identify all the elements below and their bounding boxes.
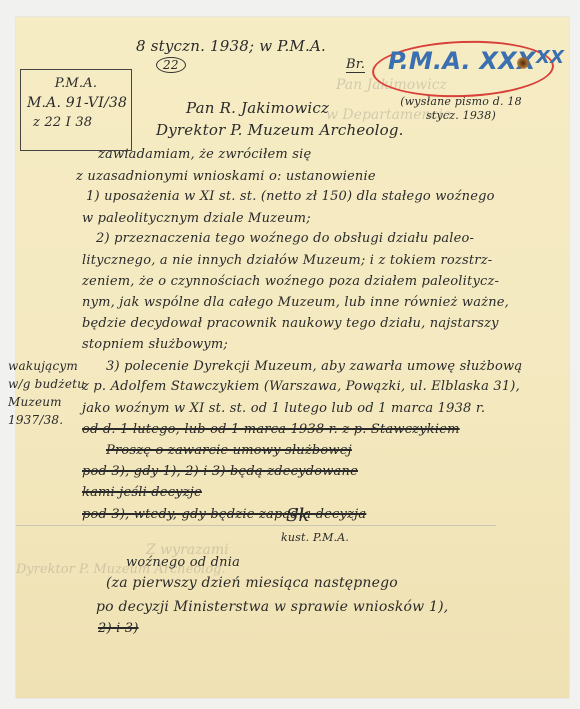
registry-line-1: P.M.A. bbox=[21, 76, 131, 91]
body-line: zawiadamiam, że zwróciłem się bbox=[98, 147, 311, 162]
body-line: jako woźnym w XI st. st. od 1 lutego lub… bbox=[82, 401, 485, 416]
body-line-struck: pod 3), wtedy, gdy będzie zapadła decyzj… bbox=[82, 507, 366, 522]
faint-separator-line bbox=[16, 525, 496, 526]
body-line: 1) uposażenia w XI st. st. (netto zł 150… bbox=[86, 189, 495, 204]
blue-signature-code: P.M.A. XXX bbox=[388, 47, 536, 75]
circled-number: 22 bbox=[156, 57, 186, 73]
body-line-struck: kami jeśli decyzje bbox=[82, 485, 202, 500]
body-line: 2) przeznaczenia tego woźnego do obsługi… bbox=[96, 231, 474, 246]
body-line: z uzasadnionymi wnioskami o: ustanowieni… bbox=[76, 169, 376, 184]
margin-note-line: wakującym bbox=[8, 357, 85, 375]
addressee-title: Dyrektor P. Muzeum Archeolog. bbox=[156, 121, 404, 139]
header-date: 8 styczn. 1938; w P.M.A. bbox=[136, 37, 326, 55]
side-note: (wysłane pismo d. 18 stycz. 1938) bbox=[386, 95, 536, 123]
body-line: 3) polecenie Dyrekcji Muzeum, aby zawarł… bbox=[106, 359, 522, 374]
margin-note-line: w/g budżetu bbox=[8, 375, 85, 393]
margin-note-line: Muzeum bbox=[8, 393, 85, 411]
body-line: nym, jak wspólne dla całego Muzeum, lub … bbox=[82, 295, 509, 310]
ref-prefix: Br. bbox=[346, 57, 365, 73]
body-line: stopniem służbowym; bbox=[82, 337, 228, 352]
body-line: litycznego, a nie innych działów Muzeum;… bbox=[82, 253, 492, 268]
registry-line-3: z 22 I 38 bbox=[33, 115, 131, 130]
body-line: zeniem, że o czynnościach woźnego poza d… bbox=[82, 274, 499, 289]
registry-line-2: M.A. 91-VI/38 bbox=[27, 95, 131, 111]
addressee-name: Pan R. Jakimowicz bbox=[186, 99, 329, 117]
closing-line-struck: 2) i 3) bbox=[98, 621, 139, 636]
closing-line: woźnego od dnia bbox=[126, 555, 240, 570]
body-line-struck: od d. 1 lutego, lub od 1 marca 1938 r. z… bbox=[82, 422, 460, 437]
closing-line: (za pierwszy dzień miesiąca następnego bbox=[106, 575, 398, 591]
body-line: w paleolitycznym dziale Muzeum; bbox=[82, 211, 311, 226]
ink-stain bbox=[517, 57, 529, 69]
signature-subtitle: kust. P.M.A. bbox=[281, 531, 349, 544]
body-line-struck: Proszę o zawarcie umowy służbowej bbox=[106, 443, 352, 458]
document-page: Pan Jakimowicz w Departamencie Z wyrazam… bbox=[16, 17, 569, 698]
margin-note-line: 1937/38. bbox=[8, 411, 85, 429]
closing-line: po decyzji Ministerstwa w sprawie wniosk… bbox=[96, 599, 448, 615]
body-line: z p. Adolfem Stawczykiem (Warszawa, Pową… bbox=[82, 379, 520, 394]
registry-box: P.M.A. M.A. 91-VI/38 z 22 I 38 bbox=[20, 69, 132, 151]
body-line: będzie decydował pracownik naukowy tego … bbox=[82, 316, 499, 331]
blue-extra-mark: XX bbox=[536, 47, 564, 68]
margin-note: wakującym w/g budżetu Muzeum 1937/38. bbox=[8, 357, 85, 429]
signature: Sk bbox=[286, 505, 310, 526]
body-line-struck: pod 3), gdy 1), 2) i 3) będą zdecydowane bbox=[82, 464, 358, 479]
